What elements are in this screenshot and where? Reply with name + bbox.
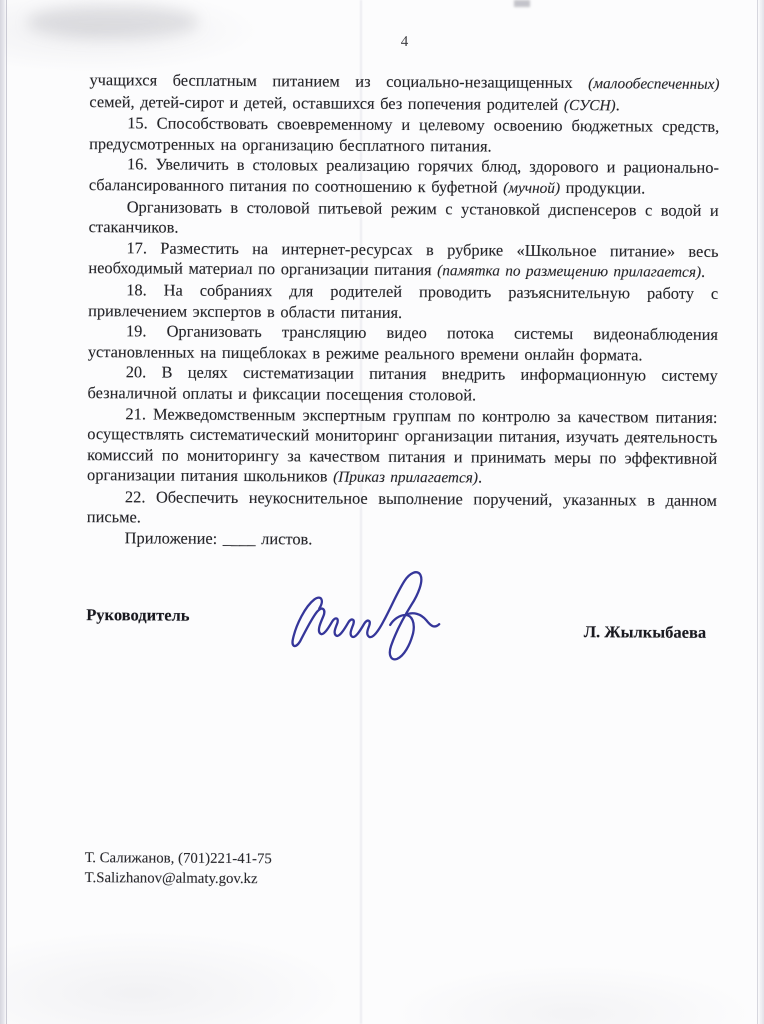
- paragraph: 21. Межведомственным экспертным группам …: [87, 404, 717, 491]
- paragraph: учащихся бесплатным питанием из социальн…: [89, 70, 719, 117]
- paragraph: 15. Способствовать своевременному и целе…: [89, 113, 719, 158]
- handwritten-signature-icon: [286, 566, 457, 672]
- paragraph: Приложение: ____ листов.: [87, 528, 717, 552]
- document-content: 4 учащихся бесплатным питанием из социал…: [84, 0, 720, 1024]
- executor-contact-block: Т. Салижанов, (701)221-41-75 T.Salizhano…: [85, 849, 272, 890]
- page-number: 4: [90, 32, 720, 54]
- scan-right-edge: [757, 0, 764, 1024]
- document-body: учащихся бесплатным питанием из социальн…: [87, 70, 720, 552]
- paragraph: 18. На собраниях для родителей проводить…: [88, 280, 718, 325]
- paragraph: 20. В целях систематизации питания внедр…: [88, 362, 718, 407]
- scan-left-edge: [0, 0, 7, 1024]
- signature-stroke: [292, 571, 439, 659]
- paragraph: 19. Организовать трансляцию видео потока…: [88, 321, 718, 366]
- paragraph: 17. Разместить на интернет-ресурсах в ру…: [88, 238, 718, 284]
- executor-phone: Т. Салижанов, (701)221-41-75: [85, 849, 272, 870]
- signatory-title: Руководитель: [86, 605, 189, 626]
- paragraph: 16. Увеличить в столовых реализацию горя…: [89, 154, 719, 200]
- signature-block: Руководитель Л. Жылкыбаева: [86, 563, 717, 717]
- signatory-name: Л. Жылкыбаева: [584, 622, 706, 643]
- executor-email: T.Salizhanov@almaty.gov.kz: [85, 869, 272, 890]
- paragraph: 22. Обеспечить неукоснительное выполнени…: [87, 487, 717, 532]
- scanned-page: 4 учащихся бесплатным питанием из социал…: [0, 0, 764, 1024]
- paragraph: Организовать в столовой питьевой режим с…: [89, 197, 719, 242]
